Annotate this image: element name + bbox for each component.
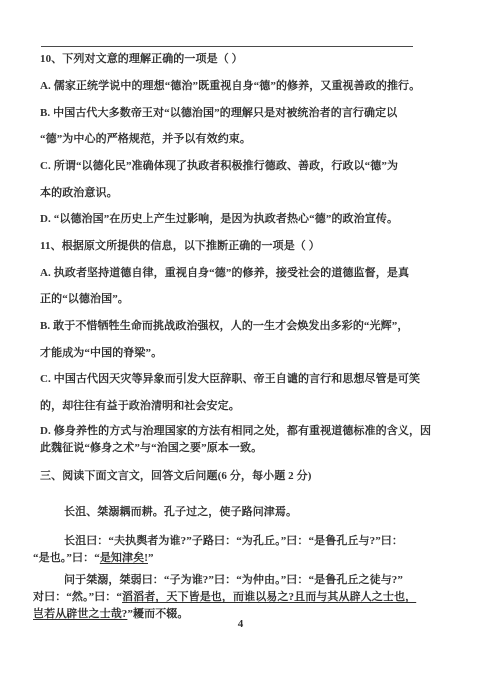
section3-heading: 三、阅读下面文言文，回答文后问题(6 分，每小题 2 分): [40, 469, 311, 483]
passage-paragraph-1: 长沮、桀溺耦而耕。孔子过之，使子路问津焉。: [64, 505, 297, 519]
q10-stem: 10、下列对文意的理解正确的一项是（ ）: [40, 52, 243, 66]
passage-paragraph-3-line2: 对曰：“然。”曰：“滔滔者，天下皆是也，而谁以易之?且而与其从辟人之士也，: [33, 590, 416, 604]
exam-page: 10、下列对文意的理解正确的一项是（ ） A. 儒家正统学说中的理想“德治”既重…: [0, 0, 481, 681]
p2l2-plain-text: “是也。”曰：“: [33, 552, 100, 564]
page-number: 4: [0, 618, 481, 630]
passage-paragraph-2-line1: 长沮曰：“夫执舆者为谁?”子路曰：“为孔丘。”曰：“是鲁孔丘与?”曰：: [64, 534, 403, 548]
q11-option-d-line2: 此魏征说“修身之术”与“治国之要”原本一致。: [40, 441, 262, 455]
q10-option-b-line1: B. 中国古代大多数帝王对“以德治国”的理解只是对被统治者的言行确定以: [40, 106, 397, 120]
q11-option-b-line2: 才能成为“中国的脊梁”。: [40, 346, 162, 360]
p3l2-underlined-text: 滔滔者，天下皆是也，而谁以易之?且而与其从辟人之士也，: [122, 591, 416, 603]
p2l2-closing-quote: ”: [148, 552, 154, 564]
q11-option-a-line2: 正的“以德治国”。: [40, 292, 129, 306]
q11-stem: 11、根据原文所提供的信息，以下推断正确的一项是（ ）: [40, 239, 320, 253]
q10-option-d: D. “以德治国”在历史上产生过影响，是因为执政者热心“德”的政治宣传。: [40, 212, 398, 226]
passage-paragraph-2-line2: “是也。”曰：“是知津矣!”: [33, 551, 154, 565]
q11-option-c-line2: 的，却往往有益于政治清明和社会安定。: [40, 399, 240, 413]
q10-option-c-line1: C. 所谓“以德化民”准确体现了执政者积极推行德政、善政，行政以“德”为: [40, 159, 398, 173]
q11-option-b-line1: B. 敢于不惜牺牲生命而挑战政治强权，人的一生才会焕发出多彩的“光辉”，: [40, 319, 408, 333]
q10-option-c-line2: 本的政治意识。: [40, 186, 118, 200]
q11-option-c-line1: C. 中国古代因天灾等异象而引发大臣辞职、帝王自谴的言行和思想尽管是可笑: [40, 372, 420, 386]
top-divider-rule: [41, 46, 413, 47]
q11-option-d-line1: D. 修身养性的方式与治理国家的方法有相同之处，都有重视道德标准的含义，因: [40, 424, 431, 438]
q10-option-a: A. 儒家正统学说中的理想“德治”既重视自身“德”的修养，又重视善政的推行。: [40, 79, 420, 93]
q10-option-b-line2: “德”为中心的严格规范，并予以有效约束。: [40, 132, 251, 146]
p3l2-plain-text: 对曰：“然。”曰：“: [33, 591, 122, 603]
passage-paragraph-3-line1: 问于桀溺，桀弱曰：“子为谁?”曰：“为仲由。”曰：“是鲁孔丘之徒与?”: [64, 573, 403, 587]
q11-option-a-line1: A. 执政者坚持道德自律，重视自身“德”的修养，接受社会的道德监督，是真: [40, 266, 409, 280]
p2l2-underlined-text: 是知津矣!: [100, 552, 148, 564]
